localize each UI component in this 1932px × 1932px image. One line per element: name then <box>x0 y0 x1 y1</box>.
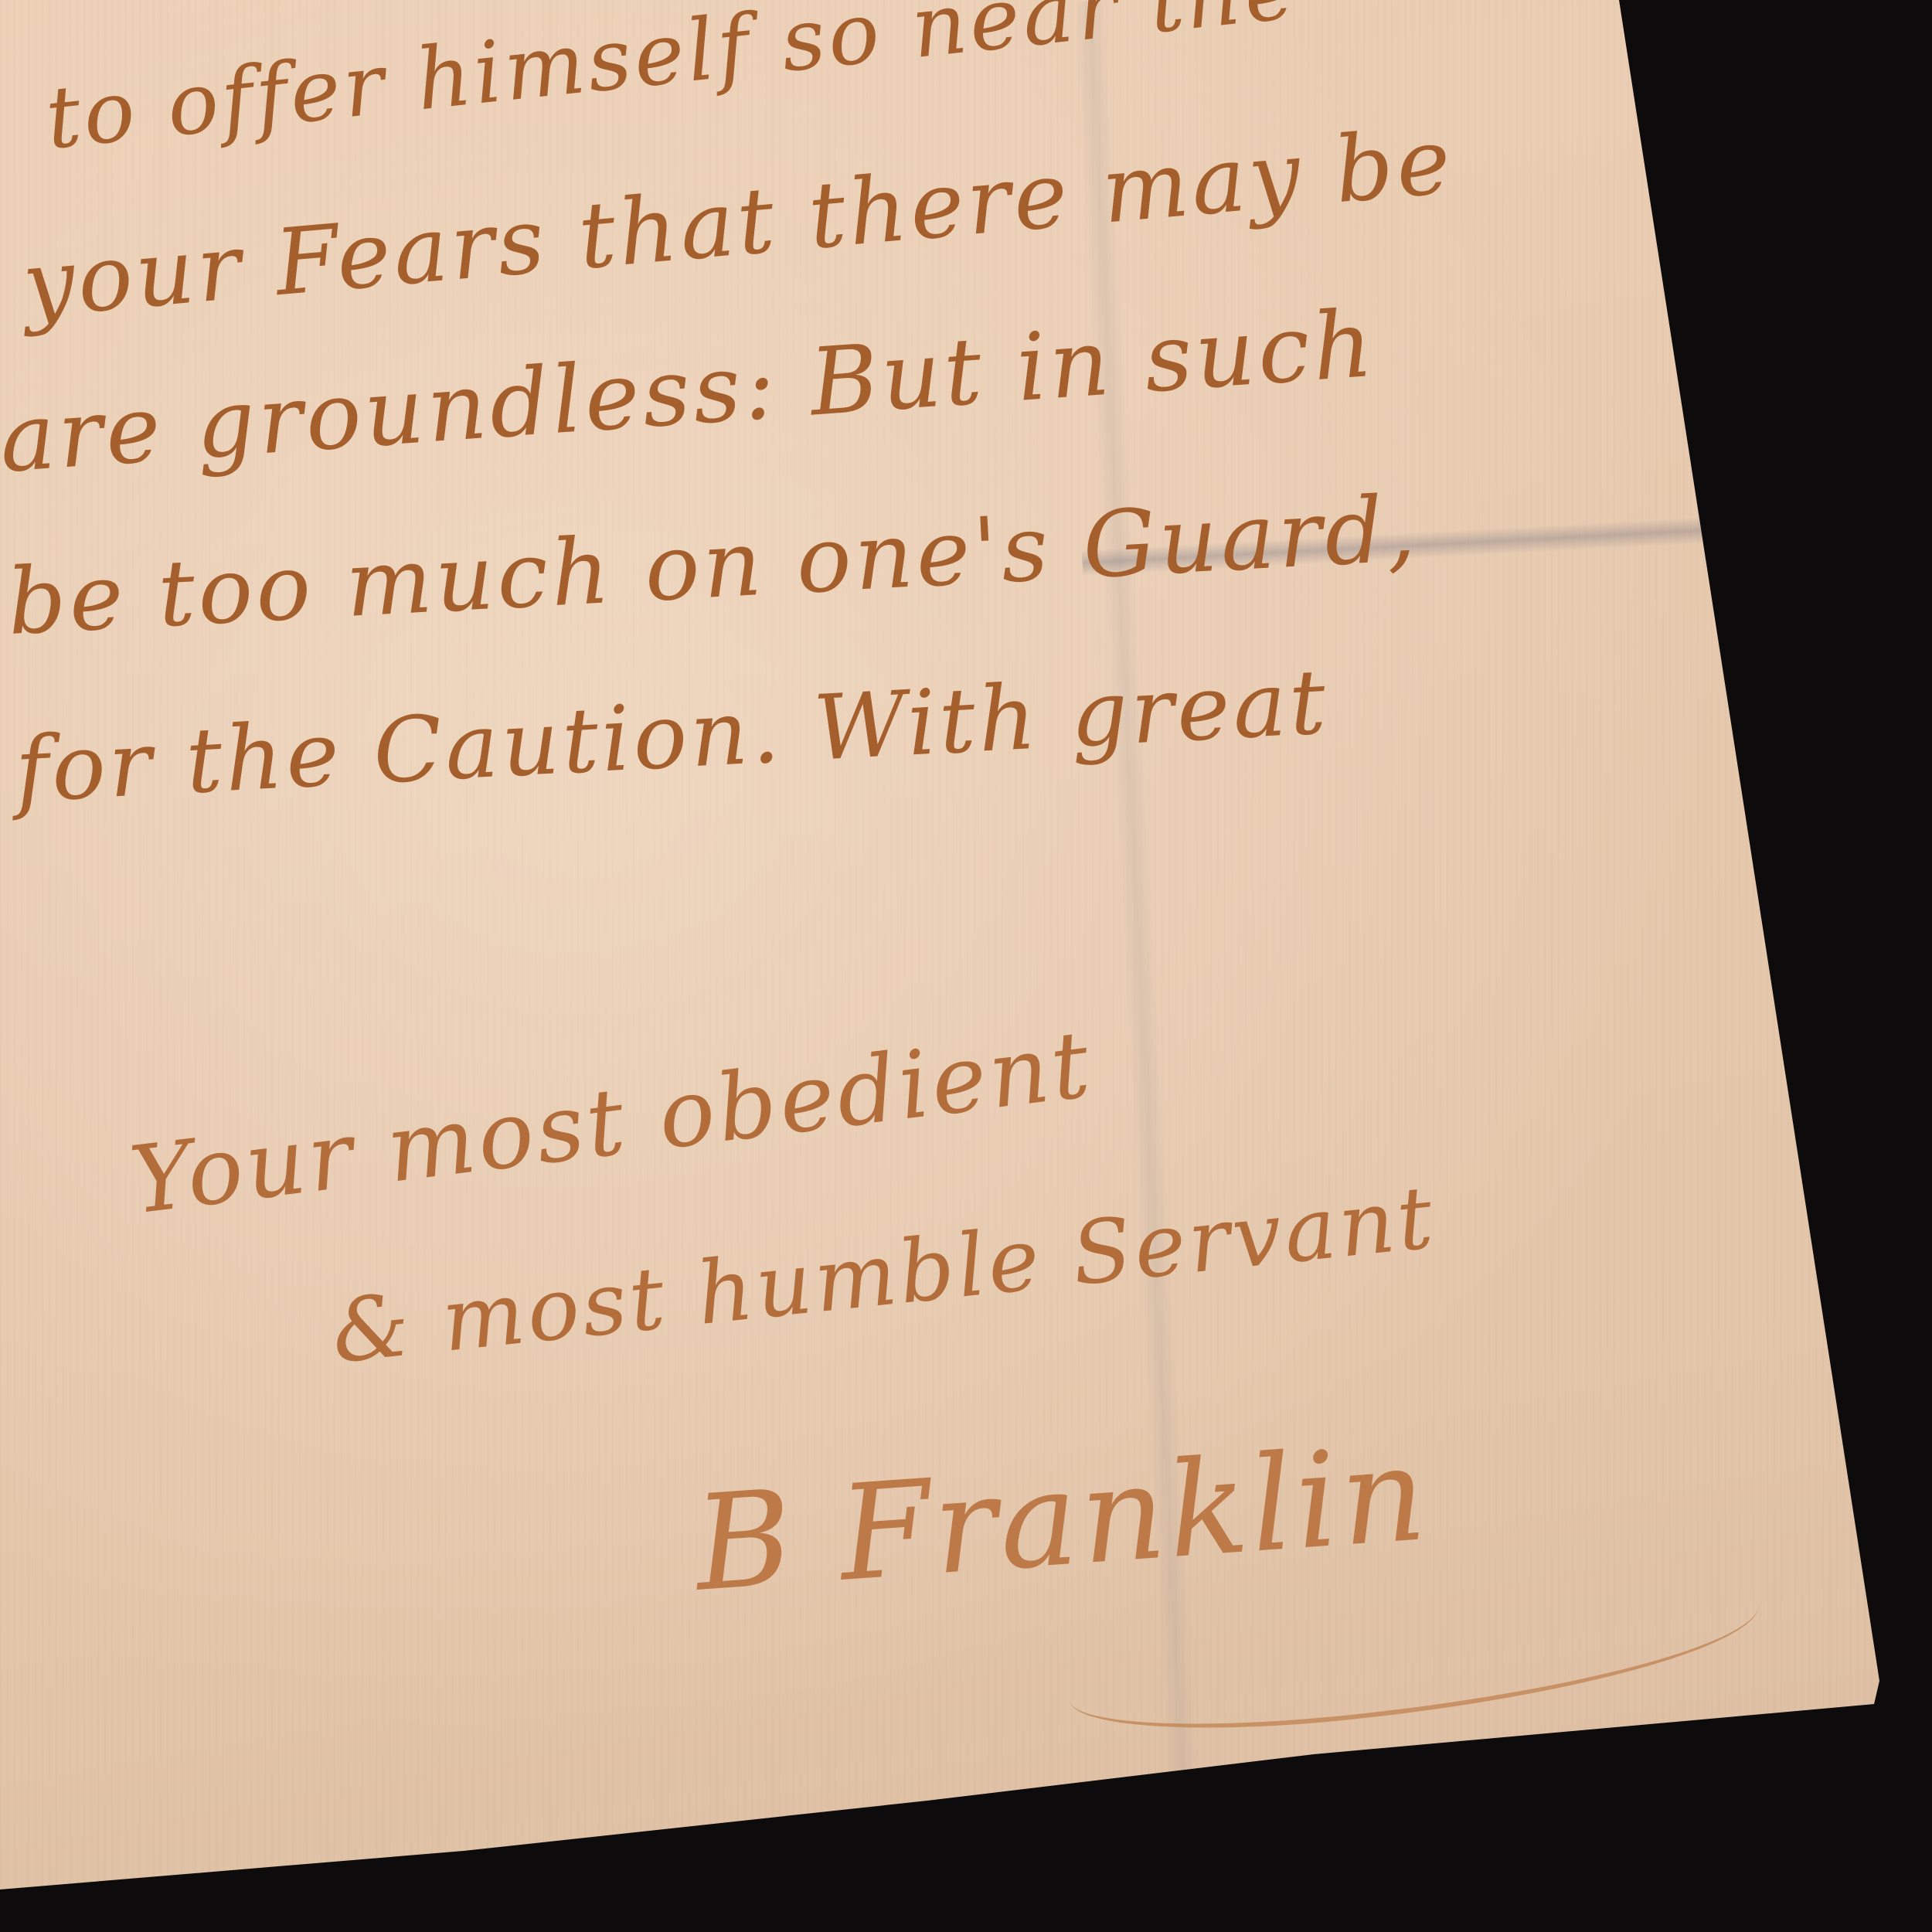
letter-paper: to offer himself so near the your Fears … <box>0 0 1932 1932</box>
photo-scene: to offer himself so near the your Fears … <box>0 0 1932 1932</box>
closing-line-2: & most humble Servant <box>327 1167 1440 1383</box>
signature: B Franklin <box>690 1417 1434 1621</box>
letter-line-4: be too much on one's Guard, <box>5 474 1420 655</box>
closing-line-1: Your most obedient <box>125 1011 1098 1235</box>
